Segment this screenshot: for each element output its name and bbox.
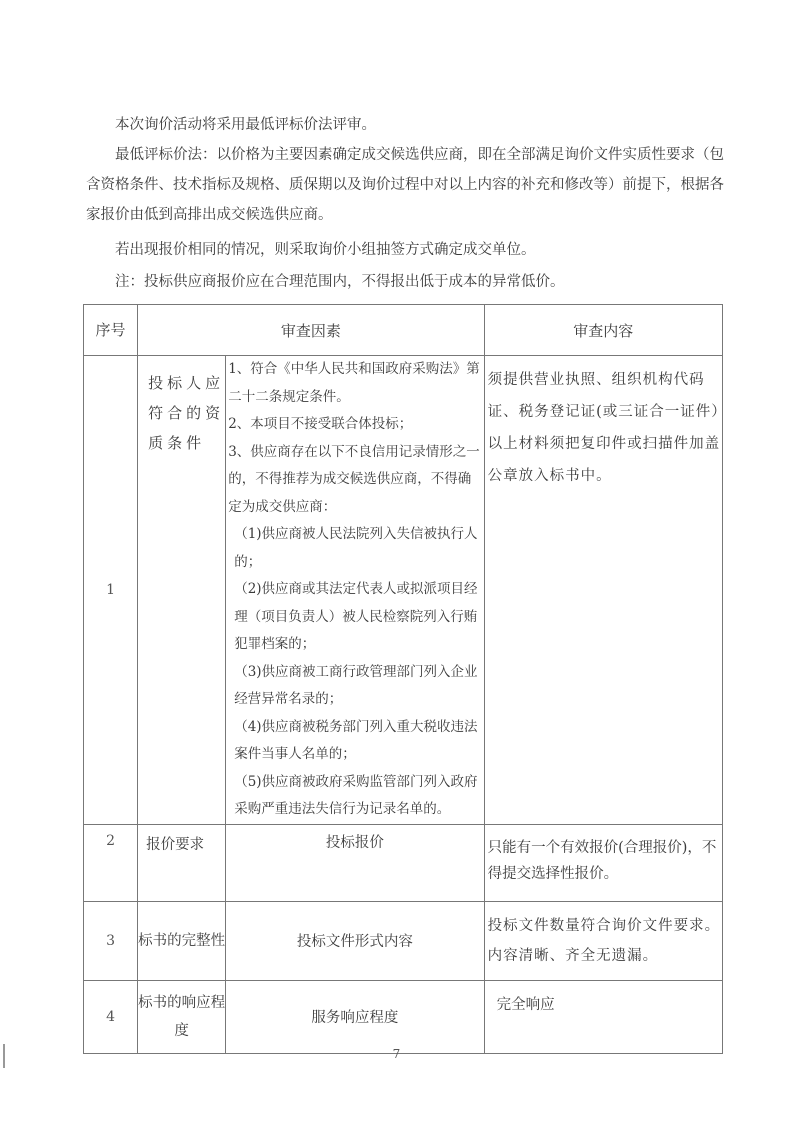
detail-line: （3)供应商被工商行政管理部门列入企业经营异常名录的； [228, 659, 483, 714]
header-content: 审查内容 [484, 305, 722, 356]
row-detail: 服务响应程度 [226, 980, 484, 1053]
scan-edge-mark [3, 1044, 5, 1068]
row-content: 只能有一个有效报价(合理报价)，不得提交选择性报价。 [484, 824, 722, 901]
table-header-row: 序号 审查因素 审查内容 [84, 305, 723, 356]
evaluation-method-paragraph: 本次询价活动将采用最低评标价法评审。 [86, 110, 726, 140]
abnormal-price-note: 注：投标供应商报价应在合理范围内，不得报出低于成本的异常低价。 [86, 267, 726, 297]
row-seq: 1 [84, 356, 138, 825]
row-seq: 3 [84, 901, 138, 980]
review-criteria-table: 序号 审查因素 审查内容 1 投标人应符合的资质条件 1、符合《中华人民共和国政… [83, 304, 723, 1054]
row-detail: 投标报价 [226, 824, 484, 901]
detail-line: （5)供应商被政府采购监管部门列入政府采购严重违法失信行为记录名单的。 [228, 769, 483, 824]
lowest-price-definition-paragraph: 最低评标价法：以价格为主要因素确定成交候选供应商，即在全部满足询价文件实质性要求… [86, 140, 726, 230]
row-detail: 投标文件形式内容 [226, 901, 484, 980]
row-seq: 2 [84, 824, 138, 901]
detail-line: 2、本项目不接受联合体投标； [228, 411, 483, 439]
detail-line: （1)供应商被人民法院列入失信被执行人的； [228, 521, 483, 576]
table-row: 4 标书的响应程度 服务响应程度 完全响应 [84, 980, 723, 1053]
detail-line: 3、供应商存在以下不良信用记录情形之一的，不得推荐为成交候选供应商，不得确定为成… [228, 439, 483, 522]
row-factor: 报价要求 [138, 824, 226, 901]
row-factor: 标书的完整性 [138, 901, 226, 980]
header-seq: 序号 [84, 305, 138, 356]
row-factor: 标书的响应程度 [138, 980, 226, 1053]
header-factor: 审查因素 [138, 305, 485, 356]
row-detail: 1、符合《中华人民共和国政府采购法》第二十二条规定条件。 2、本项目不接受联合体… [226, 356, 484, 825]
content-line: 须提供营业执照、组织机构代码证、税务登记证(或三证合一证件） [488, 364, 722, 428]
tie-rule-paragraph: 若出现报价相同的情况，则采取询价小组抽签方式确定成交单位。 [86, 235, 726, 265]
row-factor: 投标人应符合的资质条件 [138, 356, 226, 825]
page-number: 7 [0, 1047, 793, 1061]
table-row: 2 报价要求 投标报价 只能有一个有效报价(合理报价)，不得提交选择性报价。 [84, 824, 723, 901]
detail-line: （2)供应商或其法定代表人或拟派项目经理（项目负责人）被人民检察院列入行贿犯罪档… [228, 576, 483, 659]
detail-line: （4)供应商被税务部门列入重大税收违法案件当事人名单的； [228, 714, 483, 769]
row-content: 完全响应 [484, 980, 722, 1053]
row-content: 投标文件数量符合询价文件要求。内容清晰、齐全无遗漏。 [484, 901, 722, 980]
row-seq: 4 [84, 980, 138, 1053]
table-row: 1 投标人应符合的资质条件 1、符合《中华人民共和国政府采购法》第二十二条规定条… [84, 356, 723, 825]
table-row: 3 标书的完整性 投标文件形式内容 投标文件数量符合询价文件要求。内容清晰、齐全… [84, 901, 723, 980]
row-content: 须提供营业执照、组织机构代码证、税务登记证(或三证合一证件） 以上材料须把复印件… [484, 356, 722, 825]
content-line: 以上材料须把复印件或扫描件加盖公章放入标书中。 [488, 428, 722, 492]
detail-line: 1、符合《中华人民共和国政府采购法》第二十二条规定条件。 [228, 356, 483, 411]
